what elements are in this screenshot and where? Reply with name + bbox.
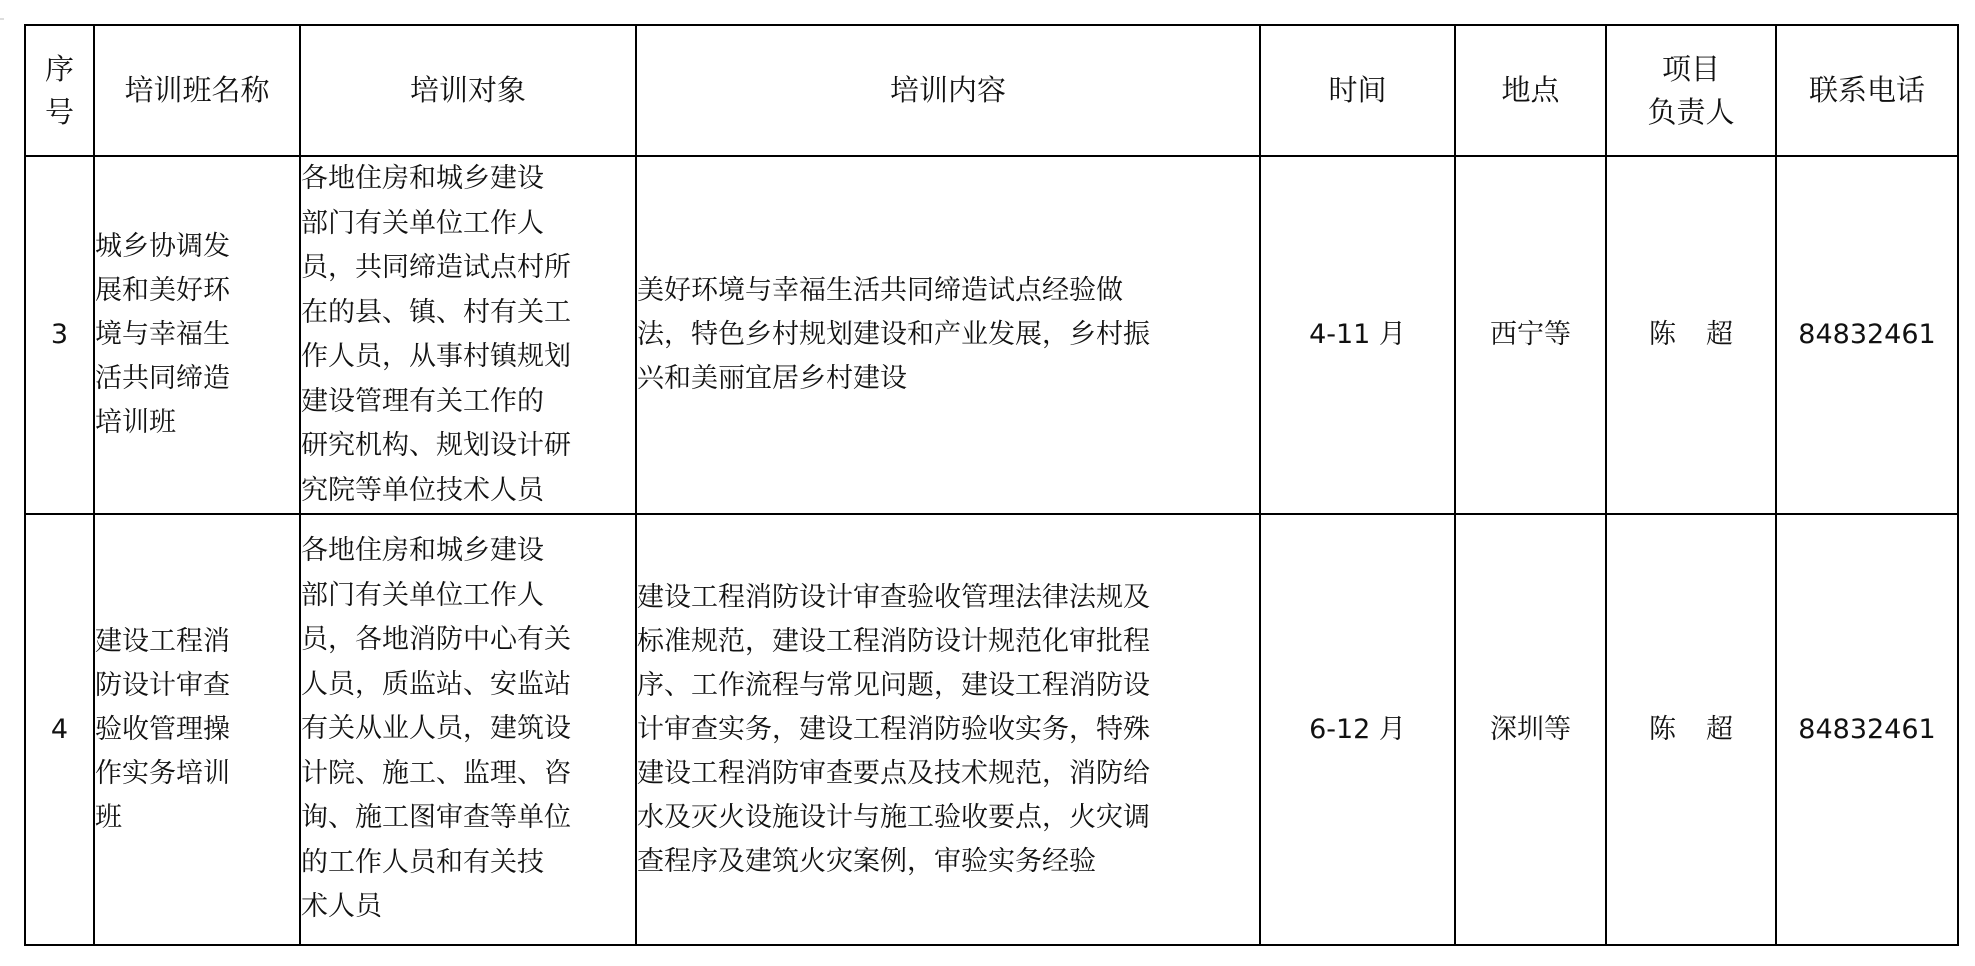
text-line: 法，特色乡村规划建设和产业发展，乡村振	[637, 313, 1259, 357]
text-line: 计院、施工、监理、咨	[301, 752, 635, 797]
header-content: 培训内容	[636, 25, 1260, 156]
cell-location: 深圳等	[1455, 514, 1606, 945]
text-line: 建设工程消防审查要点及技术规范，消防给	[637, 752, 1259, 796]
text-line: 术人员	[301, 885, 635, 930]
header-index: 序 号	[25, 25, 94, 156]
text-line: 查程序及建筑火灾案例，审验实务经验	[637, 840, 1259, 884]
owner-given-name: 超	[1706, 714, 1733, 745]
text-line: 建设管理有关工作的	[301, 380, 635, 425]
text-line: 兴和美丽宜居乡村建设	[637, 357, 1259, 401]
text-line: 部门有关单位工作人	[301, 202, 635, 247]
cell-training-name: 城乡协调发 展和美好环 境与幸福生 活共同缔造 培训班	[94, 156, 300, 514]
header-phone: 联系电话	[1776, 25, 1958, 156]
owner-given-name: 超	[1706, 319, 1733, 350]
text-line: 作实务培训	[95, 752, 299, 796]
text-line: 防设计审查	[95, 664, 299, 708]
header-owner-line: 负责人	[1647, 91, 1734, 134]
header-index-line: 序	[45, 48, 74, 91]
cell-phone: 84832461	[1776, 156, 1958, 514]
cell-time: 6-12 月	[1260, 514, 1455, 945]
text-line: 研究机构、规划设计研	[301, 424, 635, 469]
text-line: 建设工程消	[95, 620, 299, 664]
cell-phone: 84832461	[1776, 514, 1958, 945]
text-line: 各地住房和城乡建设	[301, 157, 635, 202]
text-line: 询、施工图审查等单位	[301, 796, 635, 841]
text-line: 城乡协调发	[95, 225, 299, 269]
text-line: 建设工程消防设计审查验收管理法律法规及	[637, 576, 1259, 620]
text-line: 员，各地消防中心有关	[301, 618, 635, 663]
owner-surname: 陈	[1649, 714, 1676, 745]
header-row: 序 号 培训班名称 培训对象 培训内容 时间 地点 项目 负责人 联系电话	[25, 25, 1958, 156]
cell-target-audience: 各地住房和城乡建设 部门有关单位工作人 员，各地消防中心有关 人员，质监站、安监…	[300, 514, 636, 945]
page-corner-mark	[0, 18, 4, 20]
text-line: 展和美好环	[95, 269, 299, 313]
text-line: 活共同缔造	[95, 357, 299, 401]
text-line: 员，共同缔造试点村所	[301, 246, 635, 291]
header-name: 培训班名称	[94, 25, 300, 156]
text-line: 有关从业人员，建筑设	[301, 707, 635, 752]
text-line: 标准规范，建设工程消防设计规范化审批程	[637, 620, 1259, 664]
text-line: 培训班	[95, 401, 299, 445]
header-location: 地点	[1455, 25, 1606, 156]
header-time: 时间	[1260, 25, 1455, 156]
cell-training-name: 建设工程消 防设计审查 验收管理操 作实务培训 班	[94, 514, 300, 945]
cell-owner: 陈超	[1606, 514, 1776, 945]
cell-index: 3	[25, 156, 94, 514]
text-line: 部门有关单位工作人	[301, 574, 635, 619]
cell-owner: 陈超	[1606, 156, 1776, 514]
text-line: 在的县、镇、村有关工	[301, 291, 635, 336]
header-owner: 项目 负责人	[1606, 25, 1776, 156]
table-row: 3 城乡协调发 展和美好环 境与幸福生 活共同缔造 培训班 各地住房和城乡建设 …	[25, 156, 1958, 514]
training-schedule-table: 序 号 培训班名称 培训对象 培训内容 时间 地点 项目 负责人 联系电话 3 …	[24, 24, 1959, 946]
cell-index: 4	[25, 514, 94, 945]
text-line: 美好环境与幸福生活共同缔造试点经验做	[637, 269, 1259, 313]
text-line: 各地住房和城乡建设	[301, 529, 635, 574]
cell-time: 4-11 月	[1260, 156, 1455, 514]
cell-target-audience: 各地住房和城乡建设 部门有关单位工作人 员，共同缔造试点村所 在的县、镇、村有关…	[300, 156, 636, 514]
header-owner-line: 项目	[1647, 48, 1734, 91]
text-line: 水及灭火设施设计与施工验收要点，火灾调	[637, 796, 1259, 840]
text-line: 计审查实务，建设工程消防验收实务，特殊	[637, 708, 1259, 752]
text-line: 境与幸福生	[95, 313, 299, 357]
owner-surname: 陈	[1649, 319, 1676, 350]
cell-training-content: 美好环境与幸福生活共同缔造试点经验做 法，特色乡村规划建设和产业发展，乡村振 兴…	[636, 156, 1260, 514]
header-target: 培训对象	[300, 25, 636, 156]
text-line: 人员，质监站、安监站	[301, 663, 635, 708]
table-row: 4 建设工程消 防设计审查 验收管理操 作实务培训 班 各地住房和城乡建设 部门…	[25, 514, 1958, 945]
header-index-line: 号	[45, 91, 74, 134]
text-line: 究院等单位技术人员	[301, 469, 635, 514]
cell-location: 西宁等	[1455, 156, 1606, 514]
text-line: 序、工作流程与常见问题，建设工程消防设	[637, 664, 1259, 708]
text-line: 验收管理操	[95, 708, 299, 752]
cell-training-content: 建设工程消防设计审查验收管理法律法规及 标准规范，建设工程消防设计规范化审批程 …	[636, 514, 1260, 945]
text-line: 的工作人员和有关技	[301, 841, 635, 886]
text-line: 班	[95, 796, 299, 840]
text-line: 作人员，从事村镇规划	[301, 335, 635, 380]
